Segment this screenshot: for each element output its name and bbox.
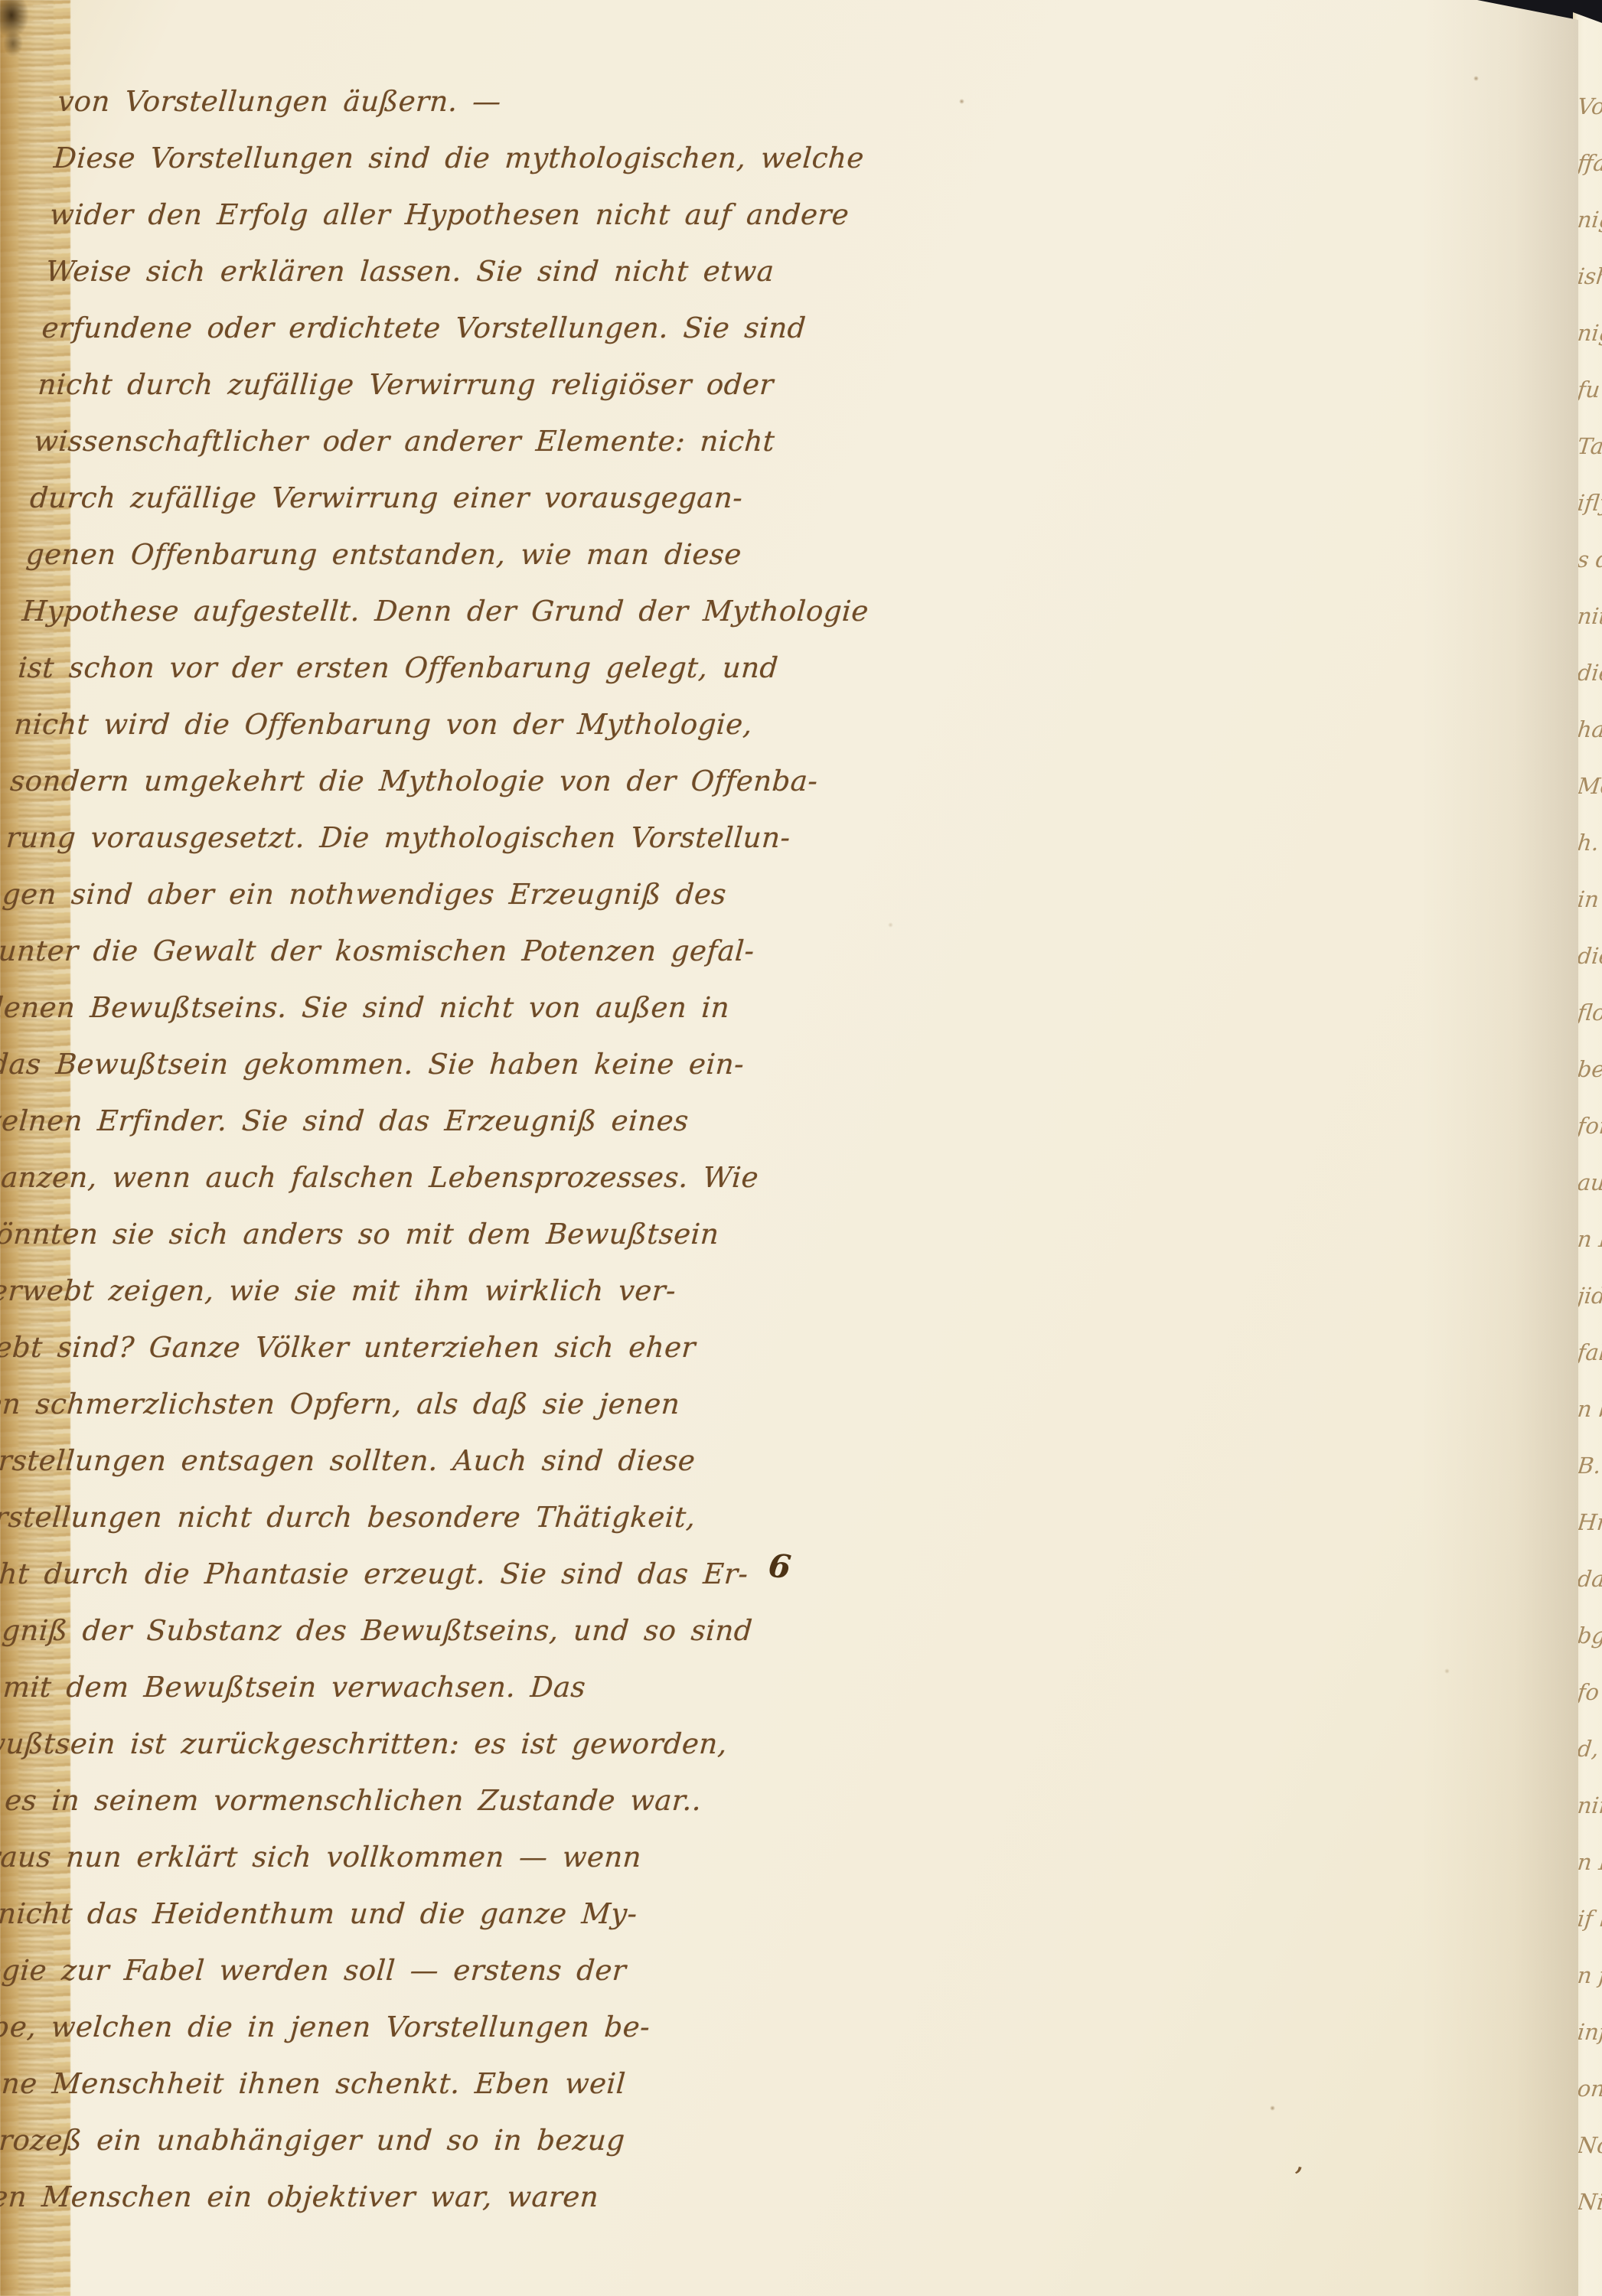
- corner-stain: [3, 31, 23, 57]
- paper-speck: [1473, 76, 1479, 81]
- manuscript-line: nicht durch zufällige Verwirrung religiö…: [36, 357, 828, 413]
- manuscript-line: rung vorausgesetzt. Die mythologischen V…: [5, 810, 797, 866]
- text-fragment: hab: [1576, 716, 1602, 742]
- manuscript-line: Diese Vorstellungen sind die mythologisc…: [52, 130, 844, 187]
- manuscript-line: ganzen, wenn auch falschen Lebensprozess…: [0, 1150, 773, 1206]
- manuscript-line: gen sind aber ein nothwendiges Erzeugniß…: [0, 866, 792, 923]
- manuscript-line: Glaube, welchen die in jenen Vorstellung…: [0, 1999, 713, 2056]
- manuscript-line: thologie zur Fabel werden soll — erstens…: [0, 1942, 717, 1999]
- manuscript-line: von Vorstellungen äußern. —: [56, 73, 848, 130]
- paper-speck: [959, 99, 964, 104]
- text-fragment: fall: [1576, 1339, 1602, 1365]
- manuscript-line: auf den Menschen ein objektiver war, war…: [0, 2169, 702, 2226]
- text-fragment: Vo: [1576, 93, 1602, 119]
- text-fragment: s da: [1576, 546, 1602, 572]
- manuscript-line: Hieraus nun erklärt sich vollkommen — we…: [0, 1829, 726, 1886]
- manuscript-line: Weise sich erklären lassen. Sie sind nic…: [44, 243, 836, 300]
- manuscript-line: zeugniß der Substanz des Bewußtseins, un…: [0, 1603, 741, 1659]
- text-fragment: n Bra: [1576, 1849, 1602, 1875]
- text-fragment: ffa: [1576, 150, 1602, 176]
- manuscript-page: von Vorstellungen äußern. —Diese Vorstel…: [0, 0, 1578, 2296]
- manuscript-line: wie es in seinem vormenschlichen Zustand…: [0, 1773, 729, 1829]
- manuscript-line: lenen Bewußtseins. Sie sind nicht von au…: [0, 980, 785, 1036]
- text-fragment: fu n: [1576, 377, 1602, 403]
- text-fragment: Tar: [1576, 433, 1602, 459]
- text-fragment: d, na: [1576, 1736, 1602, 1762]
- manuscript-line: durch zufällige Verwirrung einer vorausg…: [28, 470, 821, 527]
- manuscript-line: unter die Gewalt der kosmischen Potenzen…: [0, 923, 788, 980]
- manuscript-line: könnten sie sich anders so mit dem Bewuß…: [0, 1206, 769, 1263]
- manuscript-line: wissenschaftlicher oder anderer Elemente…: [32, 413, 824, 470]
- text-fragment: Nin: [1576, 2189, 1602, 2215]
- text-fragment: onta: [1576, 2076, 1602, 2102]
- manuscript-line: Vorstellungen nicht durch besondere Thät…: [0, 1489, 749, 1546]
- text-fragment: n b: [1576, 1396, 1602, 1422]
- text-fragment: in D: [1576, 886, 1602, 912]
- manuscript-line: nicht durch die Phantasie erzeugt. Sie s…: [0, 1546, 745, 1603]
- text-fragment: fo fr: [1576, 1679, 1602, 1705]
- manuscript-line: verwebt zeigen, wie sie mit ihm wirklich…: [0, 1263, 765, 1319]
- margin-numeral: 6: [767, 1547, 793, 1587]
- text-fragment: nir: [1576, 1792, 1602, 1818]
- text-fragment: inf: [1576, 2019, 1602, 2045]
- next-page-fragments: Voffanigishnigfu nTariflys danitdiehabMe…: [1578, 0, 1602, 2296]
- paper-speck: [888, 922, 893, 928]
- text-fragment: nig: [1576, 207, 1602, 233]
- manuscript-line: uns nicht das Heidenthum und die ganze M…: [0, 1886, 721, 1942]
- manuscript-line: sie mit dem Bewußtsein verwachsen. Das: [0, 1659, 737, 1716]
- manuscript-line: nicht wird die Offenbarung von der Mytho…: [12, 696, 804, 753]
- text-fragment: nit: [1576, 603, 1602, 629]
- text-fragment: jid: [1576, 1283, 1602, 1309]
- text-fragment: flog: [1576, 1000, 1602, 1026]
- manuscript-photo: Voffanigishnigfu nTariflys danitdiehabMe…: [0, 0, 1602, 2296]
- text-fragment: B. V: [1576, 1453, 1602, 1479]
- manuscript-text-block: von Vorstellungen äußern. —Diese Vorstel…: [0, 73, 848, 2226]
- text-fragment: n fal: [1576, 1962, 1602, 1988]
- text-fragment: Hr: [1576, 1509, 1602, 1535]
- manuscript-line: den schmerzlichsten Opfern, als daß sie …: [0, 1376, 757, 1433]
- text-fragment: das: [1576, 1566, 1602, 1592]
- text-fragment: if bf: [1576, 1906, 1602, 1932]
- text-fragment: n Ra: [1576, 1226, 1602, 1252]
- text-fragment: die: [1576, 660, 1602, 686]
- manuscript-line: genen Offenbarung entstanden, wie man di…: [24, 527, 816, 583]
- manuscript-line: wider den Erfolg aller Hypothesen nicht …: [47, 187, 840, 243]
- text-fragment: ifly: [1576, 490, 1602, 516]
- manuscript-line: der Prozeß ein unabhängiger und so in be…: [0, 2112, 706, 2169]
- text-fragment: Norf: [1576, 2132, 1602, 2158]
- text-fragment: Me: [1576, 773, 1602, 799]
- manuscript-line: ist schon vor der ersten Offenbarung gel…: [16, 640, 808, 696]
- stray-ink-mark: ʼ: [1287, 2161, 1304, 2197]
- manuscript-line: Hypothese aufgestellt. Denn der Grund de…: [20, 583, 812, 640]
- manuscript-line: zelnen Erfinder. Sie sind das Erzeugniß …: [0, 1093, 777, 1150]
- text-fragment: die R: [1576, 943, 1602, 969]
- text-fragment: berli: [1576, 1056, 1602, 1082]
- manuscript-line: Vorstellungen entsagen sollten. Auch sin…: [0, 1433, 753, 1489]
- text-fragment: h. l: [1576, 830, 1602, 856]
- text-fragment: bgla: [1576, 1623, 1602, 1649]
- manuscript-line: fangene Menschheit ihnen schenkt. Eben w…: [0, 2056, 710, 2112]
- manuscript-line: sondern umgekehrt die Mythologie von der…: [8, 753, 801, 810]
- manuscript-line: das Bewußtsein gekommen. Sie haben keine…: [0, 1036, 781, 1093]
- manuscript-line: Bewußtsein ist zurückgeschritten: es ist…: [0, 1716, 733, 1773]
- paper-speck: [1270, 2105, 1275, 2111]
- text-fragment: nig: [1576, 320, 1602, 346]
- text-fragment: aus L: [1576, 1169, 1602, 1195]
- manuscript-line: erfundene oder erdichtete Vorstellungen.…: [40, 300, 832, 357]
- text-fragment: ish: [1576, 263, 1602, 289]
- paper-speck: [1444, 1668, 1450, 1674]
- manuscript-line: webt sind? Ganze Völker unterziehen sich…: [0, 1319, 761, 1376]
- text-fragment: for: [1576, 1113, 1602, 1139]
